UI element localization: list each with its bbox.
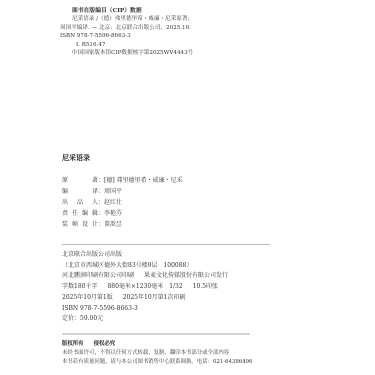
credit-author: 原 著 ： [德] 弗里德里希・威廉・尼采 [62,175,183,186]
publisher-address: （北京市西城区德外大街83号楼9层 100088） [62,261,375,272]
credit-value: 赵红仕 [104,197,122,208]
credit-label: 编 译 [62,186,98,197]
divider [62,244,270,245]
cip-line-1: 尼采语录 /（德）弗里德里希・威廉・尼采原著； [60,15,260,23]
cip-line-2: 周国平编译. — 北京：北京联合出版公司，2025.10. [60,24,260,32]
format-specs: 字数180千字880毫米×1230毫米 1/3210.5印张 [62,282,375,293]
book-title: 尼采语录 [62,153,90,163]
divider [62,333,250,335]
rights-line-2: 本书若有质量问题，请与本公司图书销售中心联系调换。电话：021-64386496 [62,358,375,367]
edition: 2025年10月第1版 [62,294,113,301]
rights-line-1: 未经书面许可，不得以任何方式转载、复制、翻印本书部分或全部内容 [62,349,375,358]
copyright-page: 图书在版编目（CIP）数据 尼采语录 /（德）弗里德里希・威廉・尼采原著； 周国… [0,0,375,375]
distributor: 果麦文化传媒股份有限公司发行 [144,272,228,279]
cip-title: 图书在版编目（CIP）数据 [60,7,260,15]
credit-editor: 责 任 编 辑 ： 李艳芬 [62,208,183,219]
printer-distributor: 河北鹏润印刷有限公司印刷果麦文化传媒股份有限公司发行 [62,271,375,282]
isbn: ISBN 978-7-5596-8663-3 [62,304,375,315]
publisher: 北京联合出版公司出版 [62,250,375,261]
credit-label: 装 帧 设 计 [62,219,98,230]
printing: 2025年10月第1次印刷 [123,294,186,301]
credit-designer: 装 帧 设 计 ： 董歆昱 [62,219,183,230]
edition-info: 2025年10月第1版2025年10月第1次印刷 [62,293,375,304]
credit-value: 董歆昱 [104,219,122,230]
rights-title: 版权所有侵权必究 [62,340,375,349]
cip-isbn: ISBN 978-7-5596-8663-3 [60,32,260,40]
rights-notice: 版权所有侵权必究 未经书面许可，不得以任何方式转载、复制、翻印本书部分或全部内容… [62,340,375,367]
credit-value: 周国平 [104,186,122,197]
word-count: 字数180千字 [62,283,97,290]
credit-label: 责 任 编 辑 [62,208,98,219]
price: 定价：59.00元 [62,314,375,325]
sheet-count: 10.5印张 [193,283,218,290]
credit-producer: 出 品 人 ： 赵红仕 [62,197,183,208]
credit-value: [德] 弗里德里希・威廉・尼采 [104,175,183,186]
cip-block: 图书在版编目（CIP）数据 尼采语录 /（德）弗里德里希・威廉・尼采原著； 周国… [60,7,260,57]
credits-list: 原 著 ： [德] 弗里德里希・威廉・尼采 编 译 ： 周国平 出 品 人 ： … [62,175,183,230]
cip-classification: Ⅰ. B516.47 [60,41,260,49]
printer: 河北鹏润印刷有限公司印刷 [62,272,134,279]
credit-value: 李艳芬 [104,208,122,219]
credit-label: 原 著 [62,175,98,186]
credit-label: 出 品 人 [62,197,98,208]
publication-info: 北京联合出版公司出版 （北京市西城区德外大街83号楼9层 100088） 河北鹏… [62,250,375,325]
cip-record-number: 中国国家版本馆CIP数据核字第2025WV4443号 [60,49,260,57]
page-format: 880毫米×1230毫米 1/32 [107,283,182,290]
credit-translator: 编 译 ： 周国平 [62,186,183,197]
